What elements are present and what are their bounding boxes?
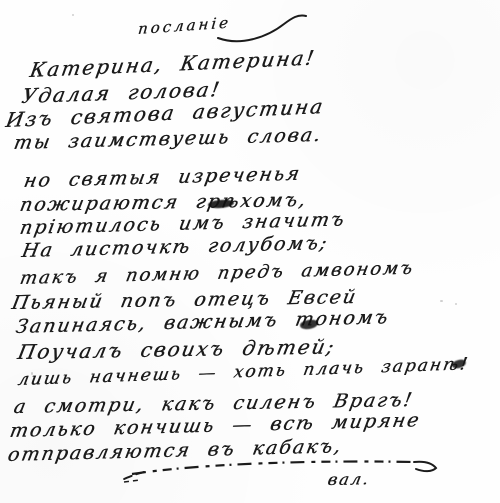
scan-speck — [72, 14, 74, 16]
scan-speck — [455, 303, 457, 305]
manuscript-line: но святыя изреченья — [22, 163, 303, 192]
scan-speck — [440, 300, 443, 302]
dashed-underline-flourish — [118, 452, 438, 484]
manuscript-line: такъ я помню предъ амвономъ — [18, 258, 416, 289]
manuscript-line: Катерина, Катерина! — [28, 45, 318, 82]
scan-speck — [31, 372, 33, 375]
author-signature: вал. — [326, 469, 372, 489]
manuscript-page: посланіе Катерина, Катерина! Удалая голо… — [0, 0, 500, 503]
title-swash-flourish — [218, 12, 308, 48]
